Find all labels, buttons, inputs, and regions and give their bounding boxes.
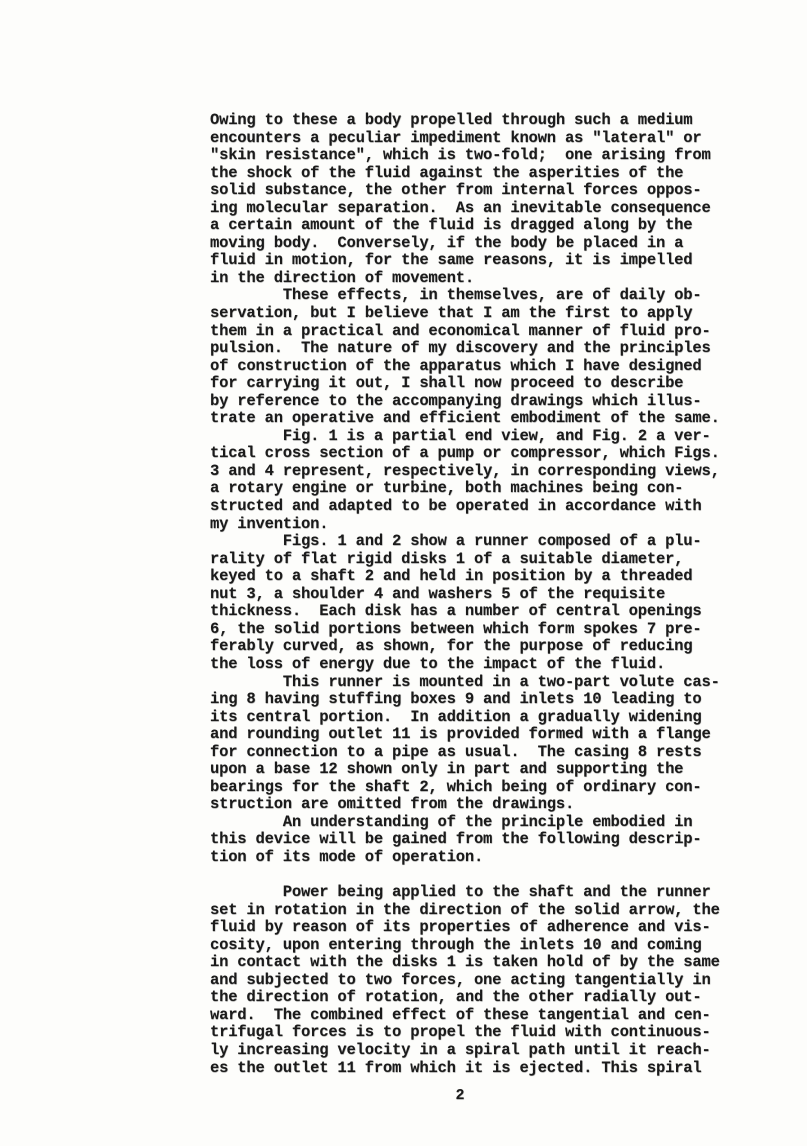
text-line: them in a practical and economical manne… [210,323,770,341]
text-line: encounters a peculiar impediment known a… [210,130,770,148]
document-text: Owing to these a body propelled through … [210,112,770,1077]
text-line: in contact with the disks 1 is taken hol… [210,954,770,972]
text-line: trate an operative and efficient embodim… [210,410,770,428]
text-line: structed and adapted to be operated in a… [210,498,770,516]
text-line: and subjected to two forces, one acting … [210,972,770,990]
text-line: struction are omitted from the drawings. [210,796,770,814]
text-line: pulsion. The nature of my discovery and … [210,340,770,358]
paragraph: Owing to these a body propelled through … [210,112,770,287]
text-line: ing molecular separation. As an inevitab… [210,200,770,218]
text-line: cosity, upon entering through the inlets… [210,937,770,955]
text-line: rality of flat rigid disks 1 of a suitab… [210,551,770,569]
text-line: Fig. 1 is a partial end view, and Fig. 2… [210,428,770,446]
text-line: fluid in motion, for the same reasons, i… [210,252,770,270]
text-line: solid substance, the other from internal… [210,182,770,200]
text-line: the direction of rotation, and the other… [210,989,770,1007]
text-line: Owing to these a body propelled through … [210,112,770,130]
text-line: for connection to a pipe as usual. The c… [210,744,770,762]
text-line: the shock of the fluid against the asper… [210,165,770,183]
page-number: 2 [440,1087,480,1104]
text-line: trifugal forces is to propel the fluid w… [210,1024,770,1042]
text-line: its central portion. In addition a gradu… [210,709,770,727]
text-line: nut 3, a shoulder 4 and washers 5 of the… [210,586,770,604]
text-line: a certain amount of the fluid is dragged… [210,217,770,235]
text-line: for carrying it out, I shall now proceed… [210,375,770,393]
text-line: ferably curved, as shown, for the purpos… [210,638,770,656]
text-line: servation, but I believe that I am the f… [210,305,770,323]
text-line: An understanding of the principle embodi… [210,814,770,832]
paragraph: Fig. 1 is a partial end view, and Fig. 2… [210,428,770,533]
text-line: tion of its mode of operation. [210,849,770,867]
document-page: Owing to these a body propelled through … [0,0,807,1146]
text-line: the loss of energy due to the impact of … [210,656,770,674]
text-line: in the direction of movement. [210,270,770,288]
paragraph: Power being applied to the shaft and the… [210,884,770,1077]
text-line: of construction of the apparatus which I… [210,358,770,376]
text-line: set in rotation in the direction of the … [210,902,770,920]
text-line: tical cross section of a pump or compres… [210,445,770,463]
paragraph: An understanding of the principle embodi… [210,814,770,884]
text-line: 3 and 4 represent, respectively, in corr… [210,463,770,481]
text-line: "skin resistance", which is two-fold; on… [210,147,770,165]
text-line: bearings for the shaft 2, which being of… [210,779,770,797]
text-line: es the outlet 11 from which it is ejecte… [210,1060,770,1078]
text-line: moving body. Conversely, if the body be … [210,235,770,253]
text-line: These effects, in themselves, are of dai… [210,287,770,305]
text-line: thickness. Each disk has a number of cen… [210,603,770,621]
text-line: by reference to the accompanying drawing… [210,393,770,411]
text-line: this device will be gained from the foll… [210,831,770,849]
text-line: Figs. 1 and 2 show a runner composed of … [210,533,770,551]
text-line: 6, the solid portions between which form… [210,621,770,639]
paragraph: This runner is mounted in a two-part vol… [210,674,770,814]
text-line: and rounding outlet 11 is provided forme… [210,726,770,744]
text-line: keyed to a shaft 2 and held in position … [210,568,770,586]
text-line: Power being applied to the shaft and the… [210,884,770,902]
text-line [210,867,770,885]
paragraph: Figs. 1 and 2 show a runner composed of … [210,533,770,673]
text-line: ly increasing velocity in a spiral path … [210,1042,770,1060]
text-line: ing 8 having stuffing boxes 9 and inlets… [210,691,770,709]
text-line: This runner is mounted in a two-part vol… [210,674,770,692]
paragraph: These effects, in themselves, are of dai… [210,287,770,427]
text-line: a rotary engine or turbine, both machine… [210,480,770,498]
text-line: my invention. [210,516,770,534]
text-line: upon a base 12 shown only in part and su… [210,761,770,779]
text-line: fluid by reason of its properties of adh… [210,919,770,937]
text-line: ward. The combined effect of these tange… [210,1007,770,1025]
